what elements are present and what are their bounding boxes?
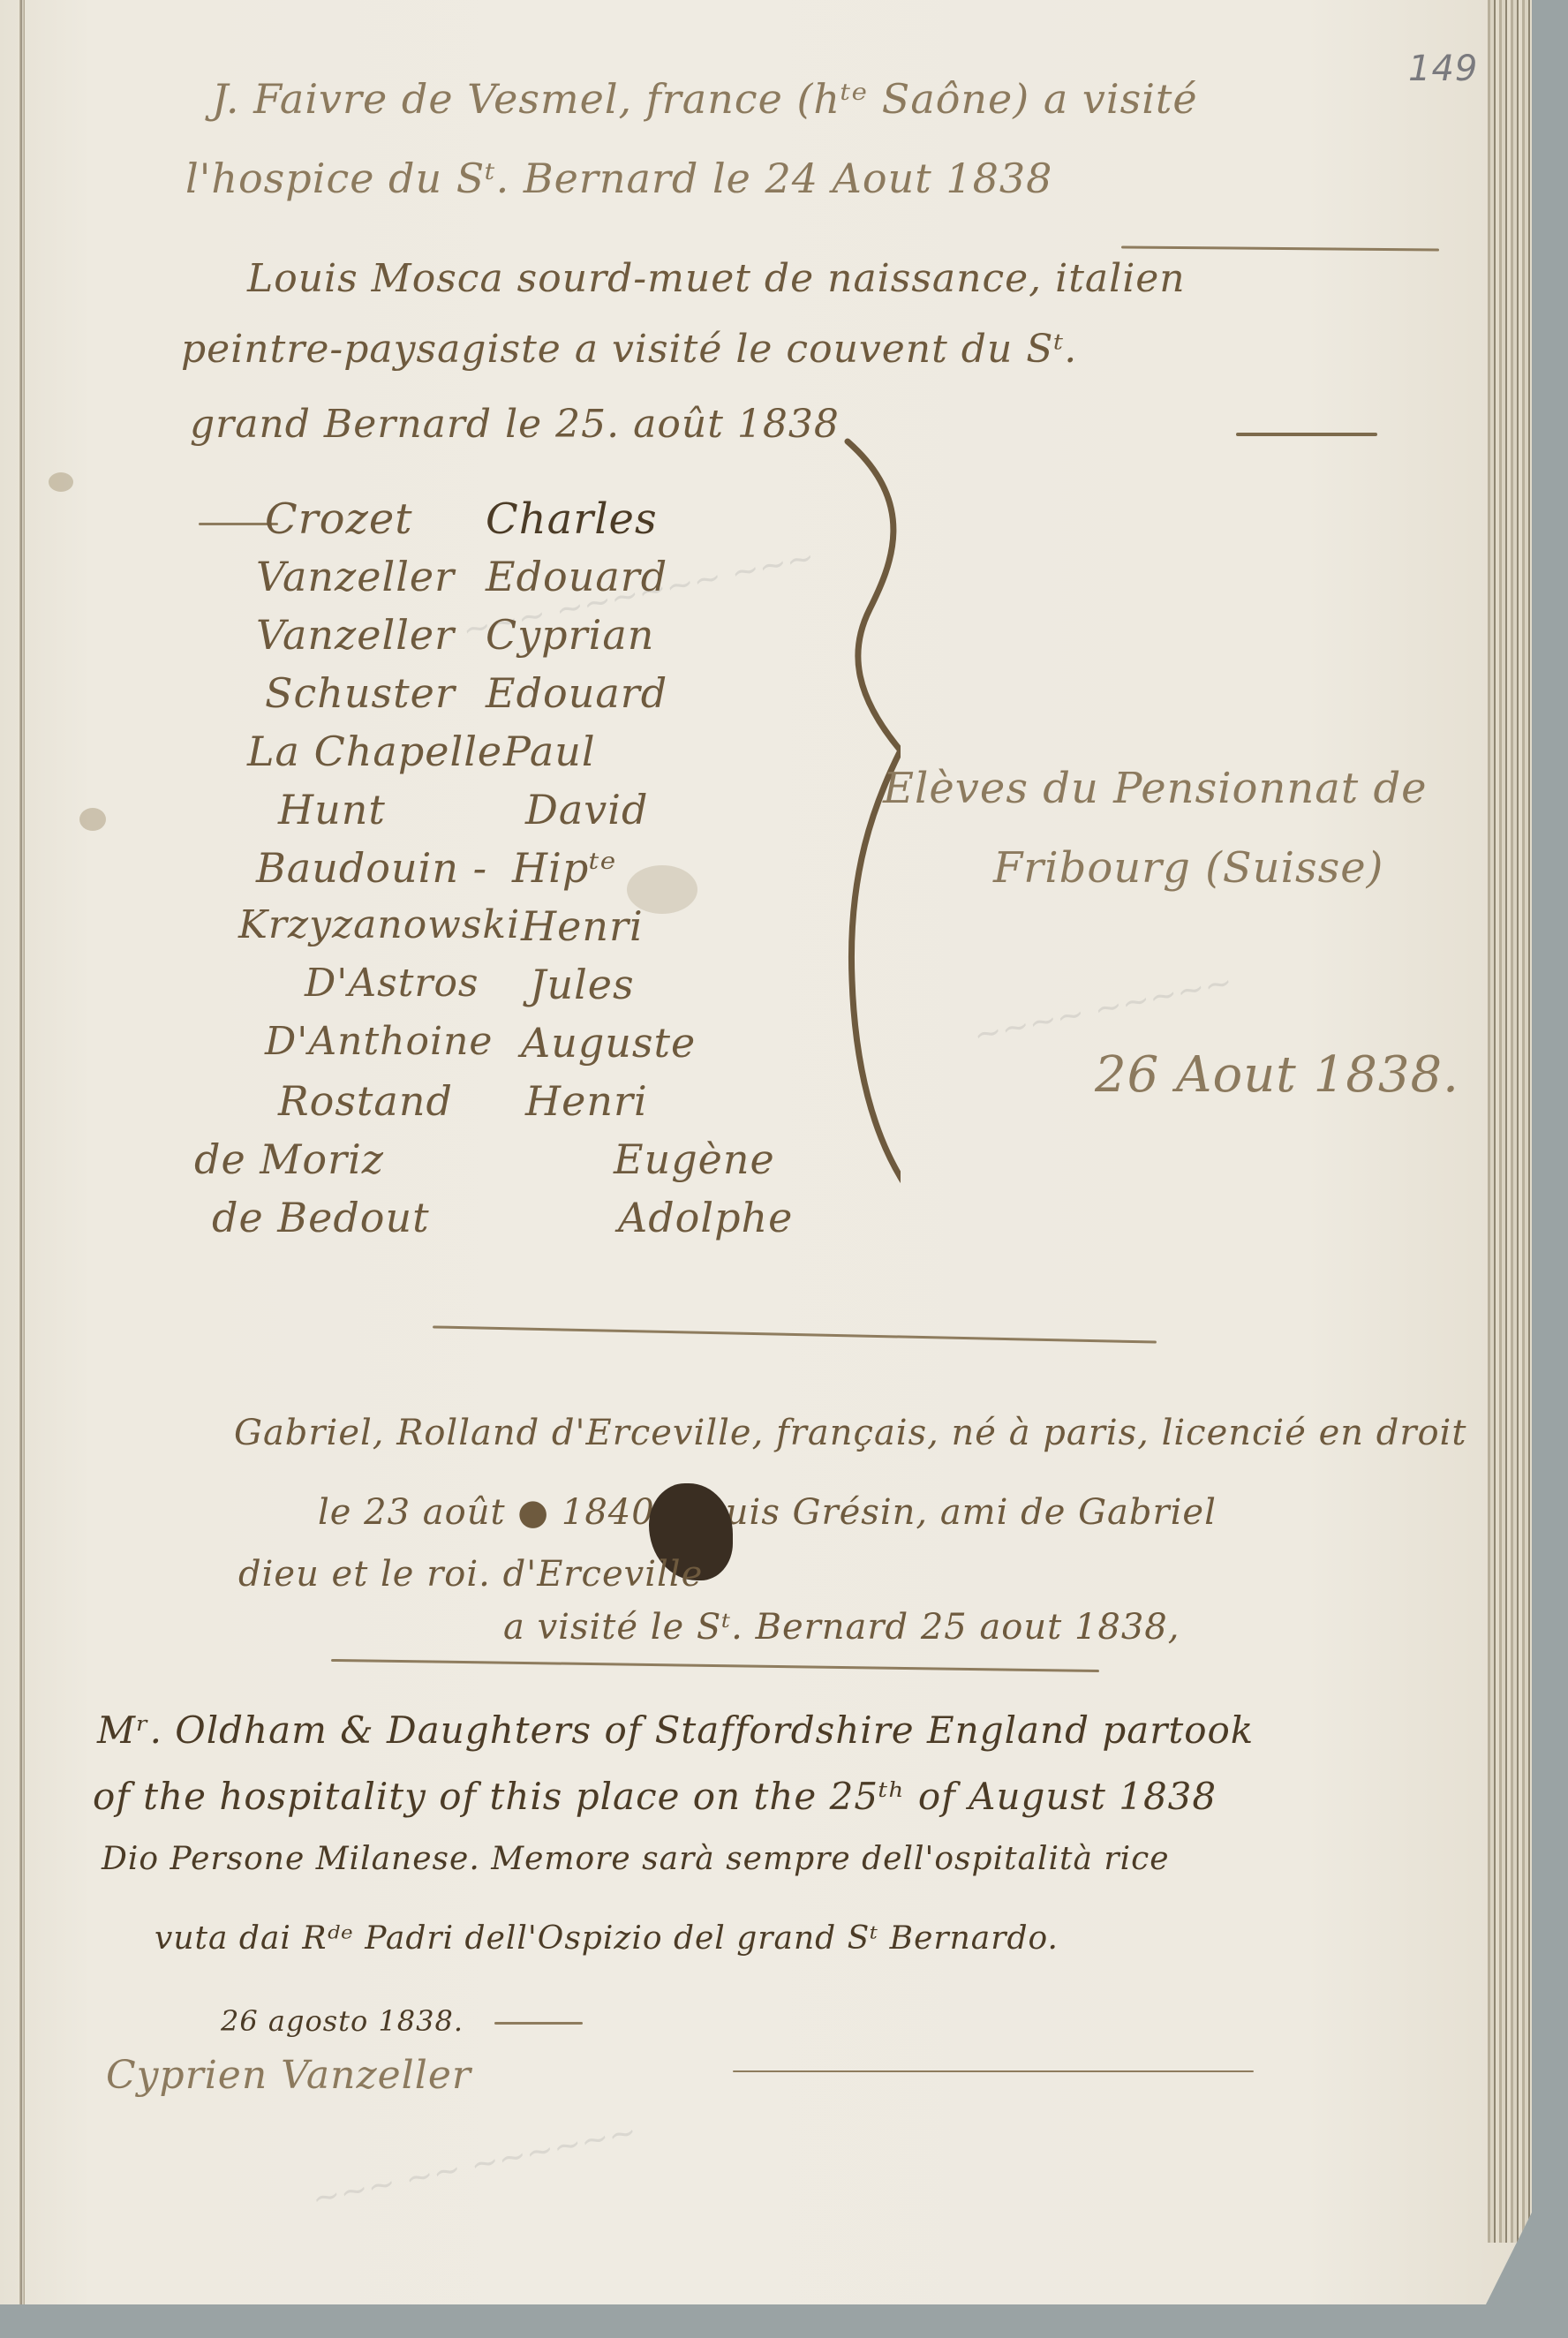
student-given-name: Edouard	[486, 553, 667, 600]
entry-mosca-line-2: peintre-paysagiste a visité le couvent d…	[181, 327, 1077, 372]
student-given-name: Edouard	[486, 669, 667, 717]
student-surname: Vanzeller	[256, 553, 455, 600]
entry-mosca-line-3: grand Bernard le 25. août 1838	[190, 402, 840, 447]
student-given-name: Eugène	[614, 1135, 775, 1183]
student-given-name: Paul	[503, 728, 596, 775]
page-number: 149	[1408, 49, 1478, 89]
entry-milanese-line-1: Dio Persone Milanese. Memore sarà sempre…	[102, 1841, 1170, 1877]
page-edges	[1488, 0, 1532, 2243]
student-given-name: Auguste	[521, 1019, 696, 1067]
entry-oldham-line-2: of the hospitality of this place on the …	[93, 1775, 1217, 1818]
curly-brace	[812, 433, 901, 1245]
manuscript-page: ~~~ ~~~~~~ ~~~ ~~~~ ~~~~~ ~~~ ~~ ~~~~~~ …	[0, 0, 1532, 2304]
separator-rule	[433, 1325, 1157, 1343]
students-caption-line-2: Fribourg (Suisse)	[993, 843, 1383, 893]
entry-milanese-line-2: vuta dai Rᵈᵉ Padri dell'Ospizio del gran…	[155, 1920, 1059, 1957]
entry-gabriel-line-2: le 23 août ● 1840. Louis Grésin, ami de …	[318, 1492, 1217, 1533]
entry-faivre-line-1: J. Faivre de Vesmel, france (hᵗᵉ Saône) …	[212, 75, 1198, 123]
student-surname: Krzyzanowski	[238, 902, 520, 947]
entry-gabriel-line-4: a visité le Sᵗ. Bernard 25 aout 1838,	[503, 1607, 1180, 1648]
signature: Cyprien Vanzeller	[106, 2053, 471, 2098]
bleed-through-text: ~~~~ ~~~~~	[970, 962, 1236, 1054]
student-given-name: Cyprian	[486, 611, 654, 659]
student-surname: Crozet	[265, 494, 413, 544]
student-given-name: Adolphe	[618, 1194, 793, 1241]
entry-milanese-date: 26 agosto 1838.	[221, 2004, 464, 2038]
student-surname: Baudouin -	[256, 844, 487, 892]
student-surname: de Bedout	[212, 1194, 430, 1241]
entry-faivre-line-2: l'hospice du Sᵗ. Bernard le 24 Aout 1838	[185, 155, 1052, 202]
entry-gabriel-line-3: dieu et le roi. d'Erceville	[238, 1554, 703, 1595]
student-given-name: Henri	[521, 902, 644, 950]
separator-rule	[1121, 245, 1439, 251]
student-surname: La Chapelle	[247, 728, 502, 775]
student-given-name: Charles	[486, 494, 658, 544]
student-given-name: David	[525, 786, 648, 833]
entry-oldham-line-1: Mʳ. Oldham & Daughters of Staffordshire …	[97, 1708, 1254, 1752]
bleed-through-text: ~~~ ~~ ~~~~~~	[309, 2112, 640, 2219]
student-surname: Hunt	[278, 786, 386, 833]
student-given-name: Hipᵗᵉ	[512, 844, 616, 892]
student-given-name: Jules	[530, 961, 635, 1008]
binding-gutter	[19, 0, 25, 2304]
students-date: 26 Aout 1838.	[1095, 1046, 1459, 1104]
separator-dash	[494, 2022, 583, 2025]
student-given-name: Henri	[525, 1077, 648, 1125]
signature-flourish	[733, 2070, 1254, 2072]
student-surname: de Moriz	[194, 1135, 384, 1183]
student-surname: D'Astros	[305, 961, 479, 1006]
ink-stain	[79, 808, 106, 831]
student-surname: D'Anthoine	[265, 1019, 493, 1064]
ink-stain	[49, 472, 73, 492]
separator-rule	[1236, 433, 1377, 436]
student-surname: Rostand	[278, 1077, 453, 1125]
student-surname: Schuster	[265, 669, 456, 717]
entry-gabriel-line-1: Gabriel, Rolland d'Erceville, français, …	[234, 1413, 1466, 1453]
separator-rule	[331, 1659, 1099, 1672]
students-caption-line-1: Elèves du Pensionnat de	[883, 764, 1428, 813]
entry-mosca-line-1: Louis Mosca sourd-muet de naissance, ita…	[247, 256, 1186, 301]
student-surname: Vanzeller	[256, 611, 455, 659]
